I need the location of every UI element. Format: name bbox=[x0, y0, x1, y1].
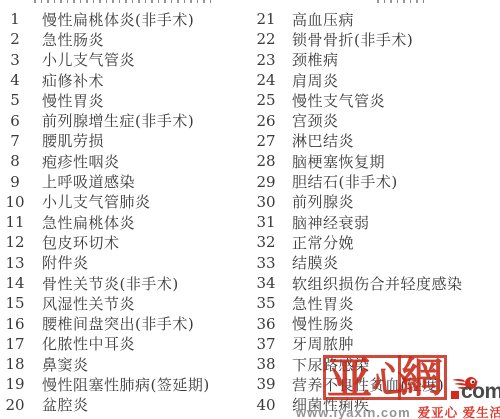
item-number: 20 bbox=[0, 396, 30, 414]
item-number: 16 bbox=[0, 315, 30, 333]
list-item: 33结膜炎 bbox=[250, 253, 500, 273]
item-number: 8 bbox=[0, 152, 30, 170]
item-number: 10 bbox=[0, 193, 30, 211]
item-number: 21 bbox=[250, 10, 282, 28]
item-name: 慢性肠炎 bbox=[292, 313, 354, 334]
list-item: 15风湿性关节炎 bbox=[0, 293, 250, 313]
item-number: 31 bbox=[250, 213, 282, 231]
item-name: 前列腺增生症(非手术) bbox=[42, 110, 194, 131]
item-number: 27 bbox=[250, 132, 282, 150]
item-number: 3 bbox=[0, 51, 30, 69]
list-item: 39营养不良性贫血(轻度) bbox=[250, 374, 500, 394]
list-item: 18鼻窦炎 bbox=[0, 354, 250, 374]
list-item: 10小儿支气管肺炎 bbox=[0, 192, 250, 212]
item-name: 慢性扁桃体炎(非手术) bbox=[42, 9, 194, 30]
list-item: 13附件炎 bbox=[0, 253, 250, 273]
list-item: 12包皮环切术 bbox=[0, 232, 250, 252]
item-number: 23 bbox=[250, 51, 282, 69]
item-name: 化脓性中耳炎 bbox=[42, 333, 135, 354]
item-name: 上呼吸道感染 bbox=[42, 171, 135, 192]
list-item: 20盆腔炎 bbox=[0, 395, 250, 415]
item-number: 15 bbox=[0, 294, 30, 312]
list-item: 40细菌性痢疾 bbox=[250, 395, 500, 415]
list-item: 8疱疹性咽炎 bbox=[0, 151, 250, 171]
item-name: 软组织损伤合并轻度感染 bbox=[292, 273, 463, 294]
item-name: 小儿支气管炎 bbox=[42, 49, 135, 70]
item-number: 22 bbox=[250, 30, 282, 48]
item-name: 疝修补术 bbox=[42, 70, 104, 91]
item-number: 38 bbox=[250, 355, 282, 373]
list-item: 38下尿路感染 bbox=[250, 354, 500, 374]
list-item: 1慢性扁桃体炎(非手术) bbox=[0, 9, 250, 29]
column-right: 21高血压病22锁骨骨折(非手术)23颈椎病24肩周炎25慢性支气管炎26宫颈炎… bbox=[250, 9, 500, 415]
item-name: 急性扁桃体炎 bbox=[42, 212, 135, 233]
item-number: 17 bbox=[0, 335, 30, 353]
item-number: 39 bbox=[250, 375, 282, 393]
list-item: 34软组织损伤合并轻度感染 bbox=[250, 273, 500, 293]
item-name: 胆结石(非手术) bbox=[292, 171, 398, 192]
list-item: 11急性扁桃体炎 bbox=[0, 212, 250, 232]
list-item: 9上呼吸道感染 bbox=[0, 171, 250, 191]
item-name: 慢性支气管炎 bbox=[292, 90, 385, 111]
item-number: 28 bbox=[250, 152, 282, 170]
list-item: 21高血压病 bbox=[250, 9, 500, 29]
list-item: 19慢性阻塞性肺病(签延期) bbox=[0, 374, 250, 394]
item-number: 18 bbox=[0, 355, 30, 373]
list-item: 2急性肠炎 bbox=[0, 29, 250, 49]
item-name: 结膜炎 bbox=[292, 252, 339, 273]
list-item: 37牙周脓肿 bbox=[250, 334, 500, 354]
item-name: 慢性胃炎 bbox=[42, 90, 104, 111]
item-number: 19 bbox=[0, 375, 30, 393]
list-item: 23颈椎病 bbox=[250, 50, 500, 70]
item-name: 正常分娩 bbox=[292, 232, 354, 253]
item-name: 牙周脓肿 bbox=[292, 333, 354, 354]
item-number: 11 bbox=[0, 213, 30, 231]
item-name: 下尿路感染 bbox=[292, 354, 370, 375]
item-number: 25 bbox=[250, 91, 282, 109]
item-name: 附件炎 bbox=[42, 252, 89, 273]
item-number: 13 bbox=[0, 254, 30, 272]
item-number: 1 bbox=[0, 10, 30, 28]
item-name: 锁骨骨折(非手术) bbox=[292, 29, 413, 50]
item-number: 2 bbox=[0, 30, 30, 48]
item-name: 脑神经衰弱 bbox=[292, 212, 370, 233]
item-number: 32 bbox=[250, 233, 282, 251]
item-name: 前列腺炎 bbox=[292, 191, 354, 212]
item-name: 肩周炎 bbox=[292, 70, 339, 91]
list-item: 14骨性关节炎(非手术) bbox=[0, 273, 250, 293]
item-name: 宫颈炎 bbox=[292, 110, 339, 131]
list-item: 29胆结石(非手术) bbox=[250, 171, 500, 191]
item-number: 14 bbox=[0, 274, 30, 292]
item-name: 腰肌劳损 bbox=[42, 130, 104, 151]
item-number: 35 bbox=[250, 294, 282, 312]
item-name: 骨性关节炎(非手术) bbox=[42, 273, 179, 294]
list-item: 5慢性胃炎 bbox=[0, 90, 250, 110]
list-item: 35急性胃炎 bbox=[250, 293, 500, 313]
list-item: 16腰椎间盘突出(非手术) bbox=[0, 313, 250, 333]
list-item: 7腰肌劳损 bbox=[0, 131, 250, 151]
item-number: 4 bbox=[0, 71, 30, 89]
list-item: 27淋巴结炎 bbox=[250, 131, 500, 151]
item-number: 9 bbox=[0, 173, 30, 191]
list-item: 32正常分娩 bbox=[250, 232, 500, 252]
item-name: 腰椎间盘突出(非手术) bbox=[42, 313, 194, 334]
item-name: 风湿性关节炎 bbox=[42, 293, 135, 314]
cropped-text-fragment-right bbox=[377, 0, 427, 3]
item-name: 疱疹性咽炎 bbox=[42, 151, 120, 172]
item-name: 营养不良性贫血(轻度) bbox=[292, 374, 444, 395]
item-name: 脑梗塞恢复期 bbox=[292, 151, 385, 172]
list-item: 31脑神经衰弱 bbox=[250, 212, 500, 232]
disease-list-page: 1慢性扁桃体炎(非手术)2急性肠炎3小儿支气管炎4疝修补术5慢性胃炎6前列腺增生… bbox=[0, 0, 500, 419]
item-name: 高血压病 bbox=[292, 9, 354, 30]
item-number: 5 bbox=[0, 91, 30, 109]
item-name: 包皮环切术 bbox=[42, 232, 120, 253]
item-number: 6 bbox=[0, 112, 30, 130]
item-number: 34 bbox=[250, 274, 282, 292]
list-item: 36慢性肠炎 bbox=[250, 313, 500, 333]
list-item: 17化脓性中耳炎 bbox=[0, 334, 250, 354]
item-name: 急性胃炎 bbox=[292, 293, 354, 314]
list-item: 6前列腺增生症(非手术) bbox=[0, 110, 250, 130]
list-item: 28脑梗塞恢复期 bbox=[250, 151, 500, 171]
item-number: 29 bbox=[250, 173, 282, 191]
item-name: 慢性阻塞性肺病(签延期) bbox=[42, 374, 210, 395]
item-number: 33 bbox=[250, 254, 282, 272]
list-item: 22锁骨骨折(非手术) bbox=[250, 29, 500, 49]
item-name: 小儿支气管肺炎 bbox=[42, 191, 151, 212]
item-number: 7 bbox=[0, 132, 30, 150]
list-item: 4疝修补术 bbox=[0, 70, 250, 90]
item-number: 30 bbox=[250, 193, 282, 211]
item-name: 淋巴结炎 bbox=[292, 130, 354, 151]
item-name: 急性肠炎 bbox=[42, 29, 104, 50]
item-number: 36 bbox=[250, 315, 282, 333]
list-item: 26宫颈炎 bbox=[250, 110, 500, 130]
item-number: 26 bbox=[250, 112, 282, 130]
item-number: 12 bbox=[0, 233, 30, 251]
item-name: 鼻窦炎 bbox=[42, 354, 89, 375]
item-name: 细菌性痢疾 bbox=[292, 394, 370, 415]
list-item: 30前列腺炎 bbox=[250, 192, 500, 212]
item-name: 盆腔炎 bbox=[42, 394, 89, 415]
list-item: 24肩周炎 bbox=[250, 70, 500, 90]
list-item: 25慢性支气管炎 bbox=[250, 90, 500, 110]
column-left: 1慢性扁桃体炎(非手术)2急性肠炎3小儿支气管炎4疝修补术5慢性胃炎6前列腺增生… bbox=[0, 9, 250, 415]
list-item: 3小儿支气管炎 bbox=[0, 50, 250, 70]
item-number: 37 bbox=[250, 335, 282, 353]
cropped-text-fragment-left bbox=[34, 0, 214, 3]
item-number: 24 bbox=[250, 71, 282, 89]
item-name: 颈椎病 bbox=[292, 49, 339, 70]
item-number: 40 bbox=[250, 396, 282, 414]
